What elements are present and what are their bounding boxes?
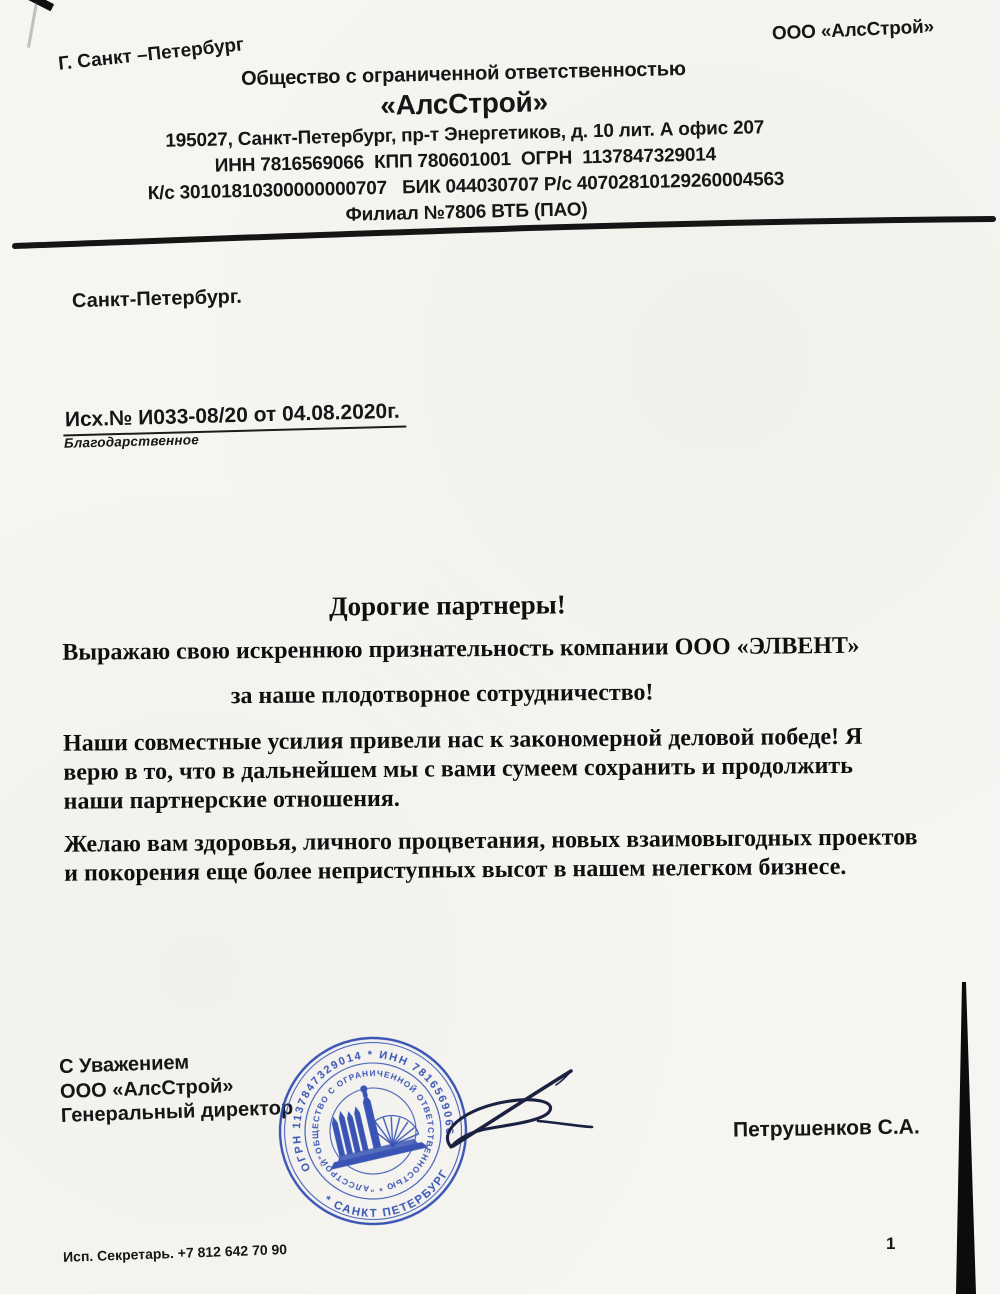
cooperation-line: за наше плодотворное сотрудничество! [15, 677, 870, 713]
top-right-company-label: ООО «АлсСтрой» [772, 16, 935, 45]
director-signature-scribble [420, 1035, 680, 1165]
scan-fold-mark [24, 0, 54, 11]
page-number: 1 [886, 1234, 895, 1254]
doc-type-label: Благодарственное [64, 432, 199, 451]
letterhead-divider-line [0, 200, 1000, 260]
executor-line: Исп. Секретарь. +7 812 642 70 90 [63, 1241, 288, 1265]
paragraph-joint-efforts: Наши совместные усилия привели нас к зак… [63, 722, 919, 816]
paragraph-wishes: Желаю вам здоровья, личного процветания,… [64, 823, 919, 888]
signer-name: Петрушенков С.А. [733, 1115, 920, 1142]
scan-edge-line [27, 2, 37, 48]
letter-body: Дорогие партнеры! Выражаю свою искреннюю… [62, 576, 920, 888]
scanned-letter-page: ООО «АлсСтрой» Г. Санкт –Петербург Общес… [0, 0, 1000, 1294]
gratitude-line: Выражаю свою искреннюю признательность к… [62, 631, 917, 667]
outgoing-ref-line: Исх.№ И033-08/20 от 04.08.2020г. [63, 400, 406, 437]
salutation: Дорогие партнеры! [20, 587, 875, 624]
place-line: Санкт-Петербург. [72, 286, 242, 313]
scan-edge-wedge [948, 970, 1000, 1294]
